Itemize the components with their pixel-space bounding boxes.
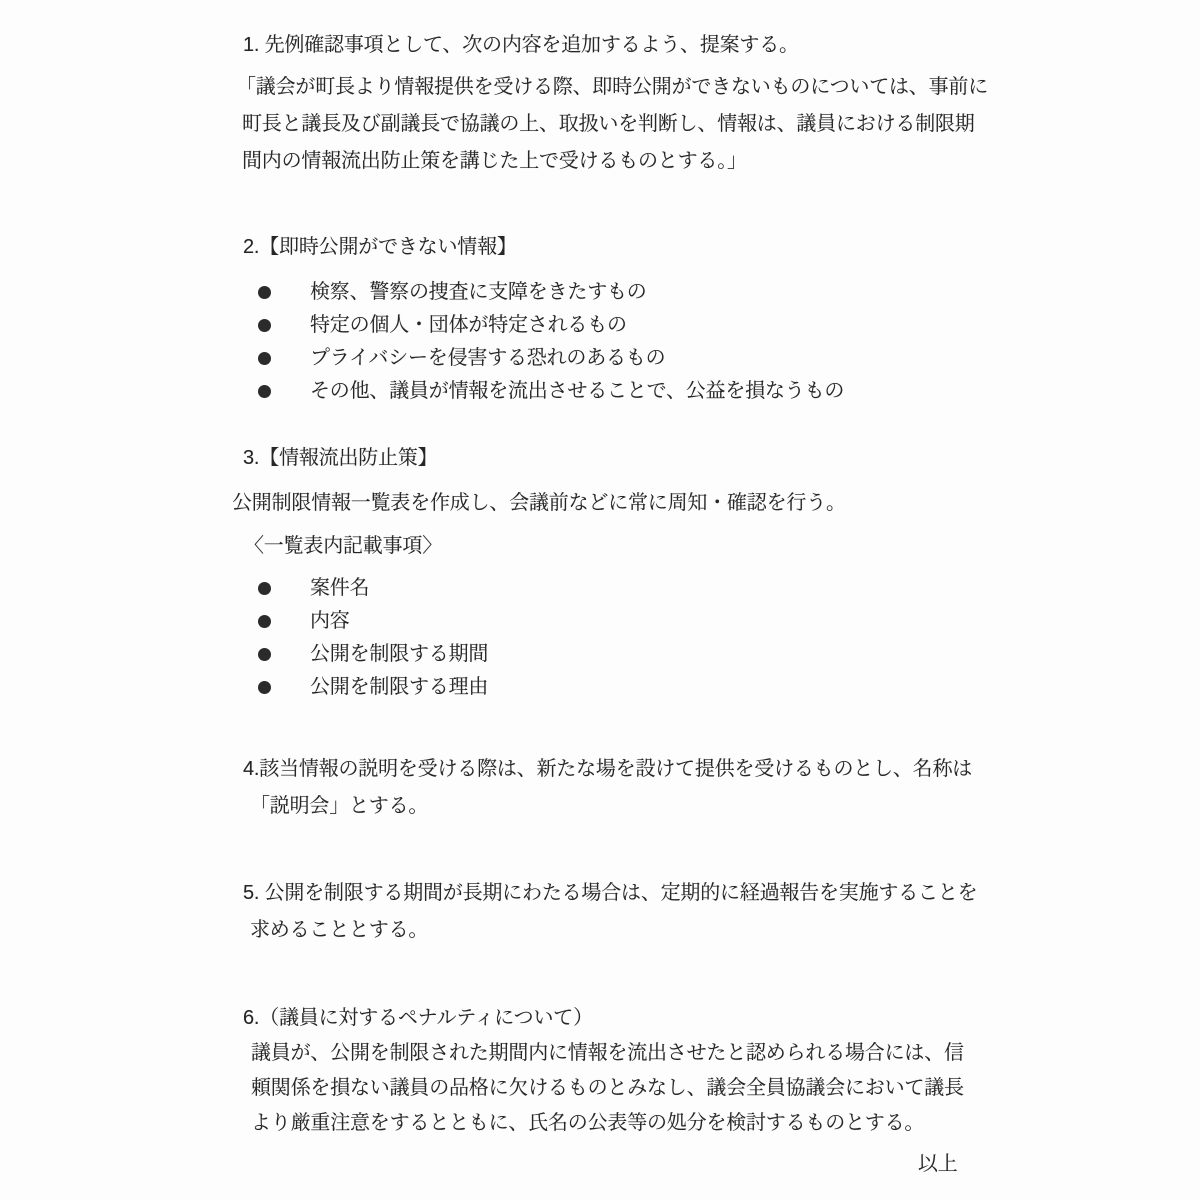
closing-mark: 以上 (918, 1147, 958, 1176)
bullet-icon (258, 582, 271, 595)
section-5-paragraph: 5. 公開を制限する期間が長期にわたる場合は、定期的に経過報告を実施することを … (243, 875, 977, 949)
bullet-label: 案件名 (310, 572, 369, 605)
scanned-document-page: 1. 先例確認事項として、次の内容を追加するよう、提案する。 「議会が町長より情… (0, 0, 1200, 1200)
bullet-label: 検察、警察の捜査に支障をきたすもの (310, 276, 647, 309)
paragraph-line: より厳重注意をするとともに、氏名の公表等の処分を検討するものとする。 (251, 1106, 964, 1141)
quote-line: 間内の情報流出防止策を講じた上で受けるものとする。」 (242, 143, 988, 180)
bullet-label: 公開を制限する理由 (310, 671, 488, 704)
section-3-subheading: 〈一覧表内記載事項〉 (244, 529, 442, 558)
paragraph-line: 議員が、公開を制限された期間内に情報を流出させたと認められる場合には、信 (251, 1036, 964, 1071)
section-6-paragraph: 議員が、公開を制限された期間内に情報を流出させたと認められる場合には、信 頼関係… (251, 1036, 964, 1141)
bullet-label: その他、議員が情報を流出させることで、公益を損なうもの (310, 375, 844, 408)
quote-line: 「議会が町長より情報提供を受ける際、即時公開ができないものについては、事前に (236, 69, 988, 106)
bullet-icon (258, 286, 271, 299)
section-6-heading: 6.（議員に対するペナルティについて） (243, 1001, 593, 1030)
bullet-icon (258, 385, 271, 398)
paragraph-line: 頼関係を損ない議員の品格に欠けるものとみなし、議会全員協議会において議長 (251, 1071, 964, 1106)
section-1-heading: 1. 先例確認事項として、次の内容を追加するよう、提案する。 (243, 28, 799, 57)
section-1-quoted-paragraph: 「議会が町長より情報提供を受ける際、即時公開ができないものについては、事前に 町… (236, 69, 988, 180)
bullet-icon (258, 648, 271, 661)
paragraph-line: 5. 公開を制限する期間が長期にわたる場合は、定期的に経過報告を実施することを (243, 875, 977, 912)
quote-line: 町長と議長及び副議長で協議の上、取扱いを判断し、情報は、議員における制限期 (242, 106, 988, 143)
bullet-icon (258, 319, 271, 332)
paragraph-line: 「説明会」とする。 (250, 788, 972, 825)
bullet-label: 公開を制限する期間 (310, 638, 488, 671)
section-2-heading: 2.【即時公開ができない情報】 (243, 230, 517, 259)
bullet-icon (258, 615, 271, 628)
section-4-paragraph: 4.該当情報の説明を受ける際は、新たな場を設けて提供を受けるものとし、名称は 「… (243, 751, 972, 825)
paragraph-line: 求めることとする。 (250, 912, 977, 949)
section-3-heading: 3.【情報流出防止策】 (243, 441, 437, 470)
bullet-label: 特定の個人・団体が特定されるもの (310, 309, 627, 342)
bullet-icon (258, 352, 271, 365)
bullet-label: プライバシーを侵害する恐れのあるもの (310, 342, 665, 375)
bullet-label: 内容 (310, 605, 350, 638)
bullet-icon (258, 681, 271, 694)
section-3-paragraph: 公開制限情報一覧表を作成し、会議前などに常に周知・確認を行う。 (232, 486, 846, 515)
paragraph-line: 4.該当情報の説明を受ける際は、新たな場を設けて提供を受けるものとし、名称は (243, 751, 972, 788)
